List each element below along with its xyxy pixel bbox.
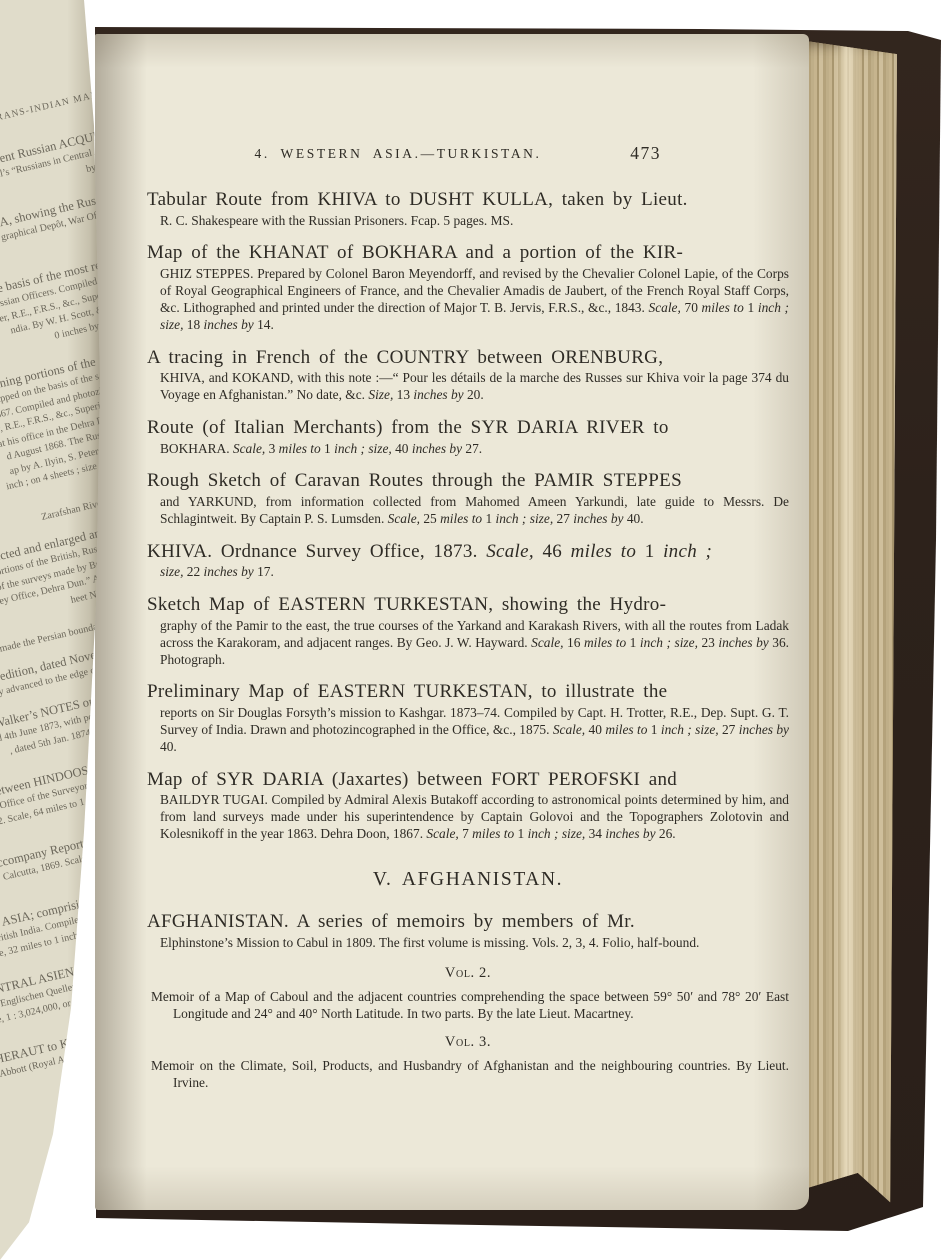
running-head: 4. WESTERN ASIA.—TURKISTAN. 473	[147, 146, 789, 162]
left-page-fragment: HERAUT to KHIVA aAbbott (Royal Artillery…	[0, 1026, 111, 1082]
entry-lead: Rough Sketch of Caravan Routes through t…	[147, 470, 789, 493]
catalog-entry: Map of SYR DARIA (Jaxartes) between FORT…	[147, 769, 789, 843]
catalog-entry: Route (of Italian Merchants) from the SY…	[147, 417, 789, 457]
volume-memoir-text: Memoir on the Climate, Soil, Products, a…	[173, 1057, 789, 1092]
left-page-fragment: joining portions of theMapped on the bas…	[0, 354, 112, 498]
fore-edge-highlight	[836, 40, 861, 1214]
entry-lead: Tabular Route from KHIVA to DUSHT KULLA,…	[147, 189, 789, 212]
catalog-entry: Rough Sketch of Caravan Routes through t…	[147, 470, 789, 527]
volumes-list: Vol. 2.Memoir of a Map of Caboul and the…	[147, 965, 789, 1092]
volume-heading: Vol. 2.	[147, 965, 789, 982]
book-photo: 4. WESTERN ASIA.—TURKISTAN. 473 Tabular …	[0, 0, 945, 1260]
catalog-entry: Map of the KHANAT of BOKHARA and a porti…	[147, 242, 789, 333]
entry-body: R. C. Shakespeare with the Russian Priso…	[160, 212, 789, 229]
catalog-entries-list: Tabular Route from KHIVA to DUSHT KULLA,…	[147, 189, 789, 842]
entry-body: size, 22 inches by 17.	[160, 563, 789, 580]
entry-lead: Map of SYR DARIA (Jaxartes) between FORT…	[147, 769, 789, 792]
afghanistan-entry-container: AFGHANISTAN. A series of memoirs by memb…	[147, 911, 789, 951]
entry-body: KHIVA, and KOKAND, with this note :—“ Po…	[160, 369, 789, 403]
right-page: 4. WESTERN ASIA.—TURKISTAN. 473 Tabular …	[95, 34, 809, 1210]
left-page-fragment: ASIA, showing the Russigraphical Depôt, …	[0, 191, 112, 264]
entry-body: Elphinstone’s Mission to Cabul in 1809. …	[160, 934, 789, 951]
entry-lead: Map of the KHANAT of BOKHARA and a porti…	[147, 242, 789, 265]
left-page-fragment: o accompany Report by tCalcutta, 1869. S…	[0, 830, 111, 889]
page-content: 4. WESTERN ASIA.—TURKISTAN. 473 Tabular …	[95, 34, 809, 1210]
page-number: 473	[630, 143, 661, 164]
entry-body: BOKHARA. Scale, 3 miles to 1 inch ; size…	[160, 440, 789, 457]
entry-body: reports on Sir Douglas Forsyth’s mission…	[160, 704, 789, 755]
catalog-entry: Preliminary Map of EASTERN TURKESTAN, to…	[147, 681, 789, 755]
entry-lead: AFGHANISTAN. A series of memoirs by memb…	[147, 911, 789, 934]
entry-lead: Preliminary Map of EASTERN TURKESTAN, to…	[147, 681, 789, 704]
entry-body: BAILDYR TUGAI. Compiled by Admiral Alexi…	[160, 791, 789, 842]
entry-body: GHIZ STEPPES. Prepared by Colonel Baron …	[160, 265, 789, 333]
entry-lead: KHIVA. Ordnance Survey Office, 1873. Sca…	[147, 541, 789, 564]
catalog-entry: AFGHANISTAN. A series of memoirs by memb…	[147, 911, 789, 951]
fore-edge-page-stack	[799, 40, 897, 1214]
catalog-entry: Sketch Map of EASTERN TURKESTAN, showing…	[147, 594, 789, 668]
entry-lead: Sketch Map of EASTERN TURKESTAN, showing…	[147, 594, 789, 617]
left-page-fragment: —TRANS-INDIAN MAPS.	[0, 86, 109, 130]
left-page-fragment: n the basis of the most reRussian Office…	[0, 257, 112, 358]
volume-heading: Vol. 3.	[147, 1034, 789, 1051]
entry-lead: Route (of Italian Merchants) from the SY…	[147, 417, 789, 440]
volume-memoir-text: Memoir of a Map of Caboul and the adjace…	[173, 988, 789, 1023]
entry-body: graphy of the Pamir to the east, the tru…	[160, 617, 789, 668]
section-heading: V. AFGHANISTAN.	[147, 869, 789, 891]
left-page-fragment: orrected and enlarged anortions of the B…	[0, 525, 112, 626]
catalog-entry: A tracing in French of the COUNTRY betwe…	[147, 347, 789, 404]
entry-lead: A tracing in French of the COUNTRY betwe…	[147, 347, 789, 370]
catalog-entry: Tabular Route from KHIVA to DUSHT KULLA,…	[147, 189, 789, 229]
running-head-title: 4. WESTERN ASIA.—TURKISTAN.	[255, 146, 542, 161]
entry-body: and YARKUND, from information collected …	[160, 493, 789, 527]
catalog-entry: KHIVA. Ordnance Survey Office, 1873. Sca…	[147, 541, 789, 581]
